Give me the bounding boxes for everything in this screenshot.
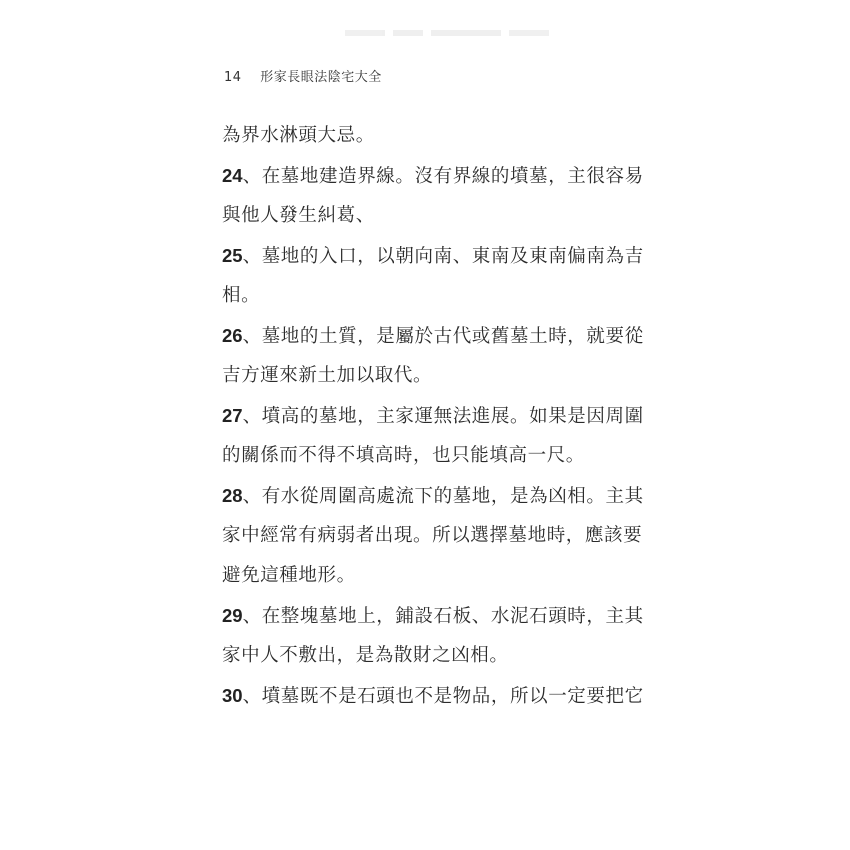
- text-line: 家中經常有病弱者出現。所以選擇墓地時，應該要: [222, 516, 642, 556]
- line-text: 墓地的入口，以朝向南、東南及東南偏南為吉: [262, 246, 644, 267]
- item-number: 30: [222, 685, 243, 706]
- item-number: 29: [222, 605, 243, 626]
- item-number: 26: [222, 325, 243, 346]
- line-text: 與他人發生糾葛、: [222, 205, 375, 226]
- text-line: 25、墓地的入口，以朝向南、東南及東南偏南為吉: [222, 236, 642, 276]
- item-separator: 、: [243, 326, 262, 347]
- item-separator: 、: [243, 166, 262, 187]
- text-line: 27、墳高的墓地，主家運無法進展。如果是因周圍: [222, 396, 642, 436]
- line-text: 家中人不敷出，是為散財之凶相。: [222, 645, 509, 666]
- line-text: 避免這種地形。: [222, 565, 356, 586]
- line-text: 有水從周圍高處流下的墓地，是為凶相。主其: [262, 486, 644, 507]
- item-number: 28: [222, 485, 243, 506]
- text-line: 避免這種地形。: [222, 556, 642, 596]
- text-line: 30、墳墓既不是石頭也不是物品，所以一定要把它: [222, 676, 642, 716]
- item-separator: 、: [243, 246, 262, 267]
- line-text: 吉方運來新土加以取代。: [222, 365, 432, 386]
- page-bleed-through: [345, 30, 560, 58]
- book-title: 形家長眼法陰宅大全: [260, 70, 382, 85]
- text-line: 相。: [222, 276, 642, 316]
- page-number: 14: [224, 70, 242, 85]
- item-separator: 、: [243, 606, 262, 627]
- line-text: 為界水淋頭大忌。: [222, 125, 375, 146]
- text-line: 的關係而不得不填高時，也只能填高一尺。: [222, 436, 642, 476]
- item-separator: 、: [243, 486, 262, 507]
- line-text: 相。: [222, 285, 260, 306]
- item-separator: 、: [243, 406, 262, 427]
- text-line: 28、有水從周圍高處流下的墓地，是為凶相。主其: [222, 476, 642, 516]
- line-text: 在整塊墓地上，鋪設石板、水泥石頭時，主其: [262, 606, 644, 627]
- text-line: 吉方運來新土加以取代。: [222, 356, 642, 396]
- item-number: 25: [222, 245, 243, 266]
- page-body: 為界水淋頭大忌。 24、在墓地建造界線。沒有界線的墳墓，主很容易 與他人發生糾葛…: [222, 116, 642, 716]
- item-number: 27: [222, 405, 243, 426]
- text-line: 29、在整塊墓地上，鋪設石板、水泥石頭時，主其: [222, 596, 642, 636]
- line-text: 家中經常有病弱者出現。所以選擇墓地時，應該要: [222, 525, 642, 546]
- text-line: 家中人不敷出，是為散財之凶相。: [222, 636, 642, 676]
- item-separator: 、: [243, 686, 262, 707]
- item-number: 24: [222, 165, 243, 186]
- text-line: 為界水淋頭大忌。: [222, 116, 642, 156]
- line-text: 的關係而不得不填高時，也只能填高一尺。: [222, 445, 585, 466]
- line-text: 墳墓既不是石頭也不是物品，所以一定要把它: [262, 686, 644, 707]
- line-text: 墳高的墓地，主家運無法進展。如果是因周圍: [262, 406, 644, 427]
- running-header: 14 形家長眼法陰宅大全: [224, 66, 382, 85]
- line-text: 墓地的土質，是屬於古代或舊墓土時，就要從: [262, 326, 644, 347]
- line-text: 在墓地建造界線。沒有界線的墳墓，主很容易: [262, 166, 644, 187]
- text-line: 與他人發生糾葛、: [222, 196, 642, 236]
- text-line: 24、在墓地建造界線。沒有界線的墳墓，主很容易: [222, 156, 642, 196]
- text-line: 26、墓地的土質，是屬於古代或舊墓土時，就要從: [222, 316, 642, 356]
